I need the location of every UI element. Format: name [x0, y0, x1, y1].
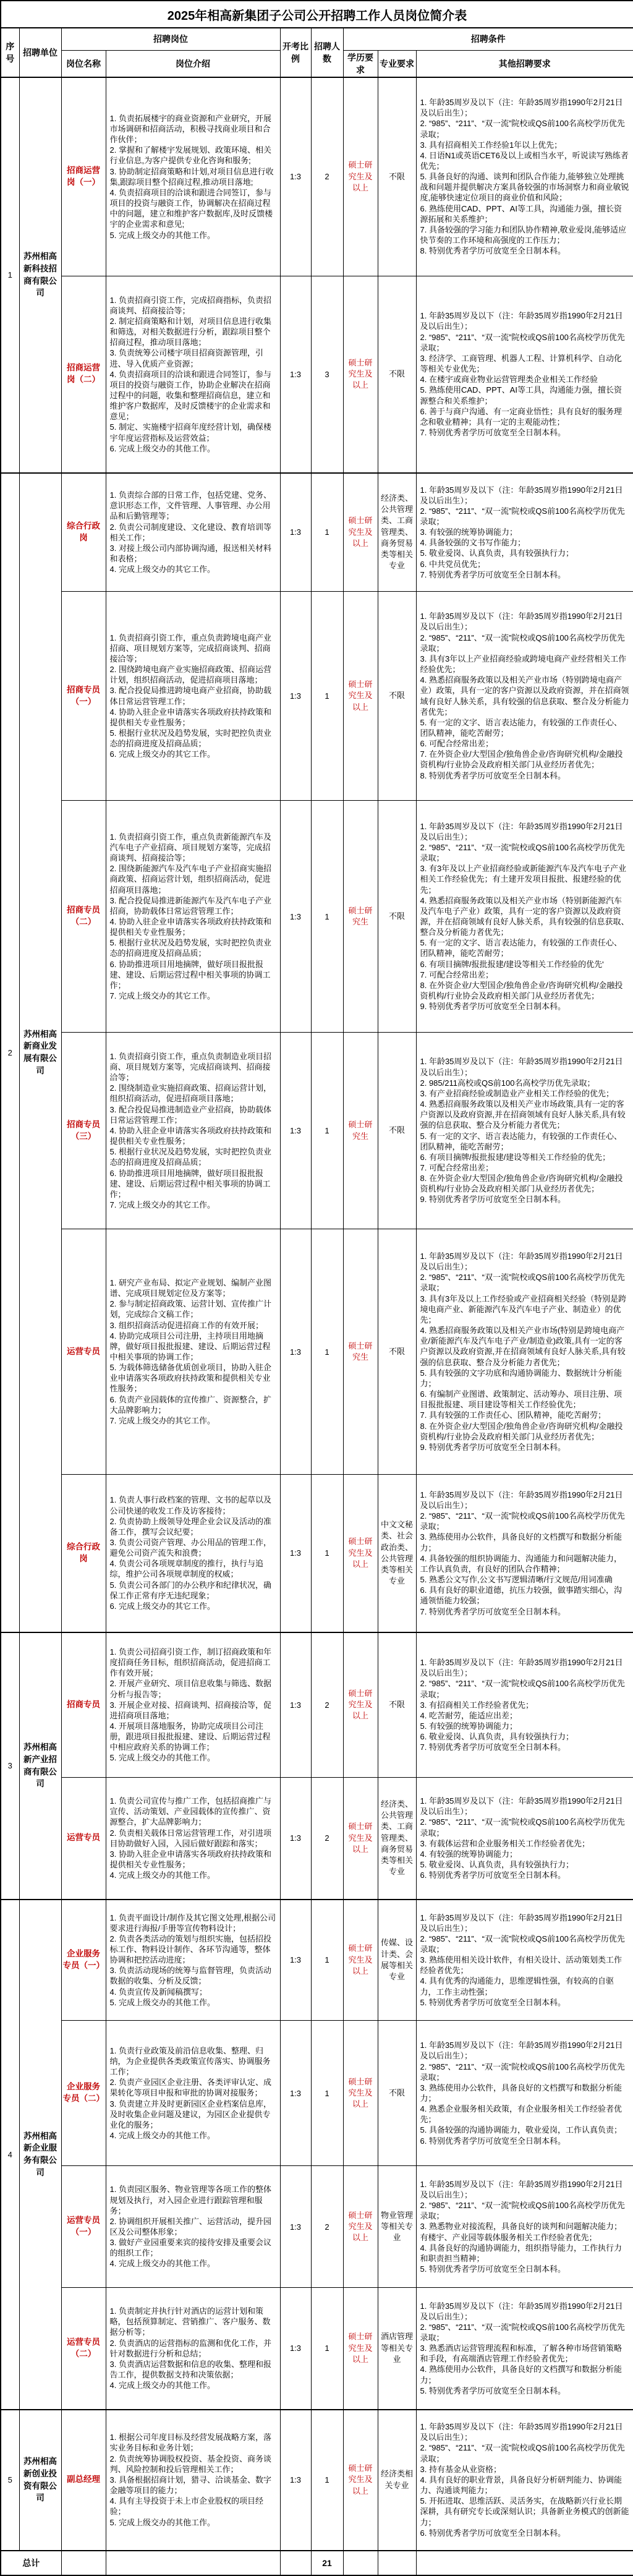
position-name: 运营专员 [61, 1778, 106, 1900]
other-requirements: 1. 年龄35周岁及以下（注：年龄35周岁指1990年2月21日及以后出生）； … [416, 1475, 633, 1632]
recruit-count: 1 [311, 1900, 343, 2021]
major-requirement: 不限 [378, 77, 416, 276]
other-requirements: 1. 年龄35周岁及以下（注：年龄35周岁指1990年2月21日及以后出生）； … [416, 2166, 633, 2288]
total-empty-name [61, 2551, 106, 2575]
position-name: 招商专员（二） [61, 801, 106, 1033]
major-requirement: 不限 [378, 1632, 416, 1778]
position-intro: 1. 负责平面设计/制作及其它图文处理,根据公司要求进行海报/手册等宣传物料设计… [106, 1900, 280, 2021]
position-intro: 1. 负责公司宣传与推广工作，包括招商推广与宣传、活动策划、产业园载体的宣传推广… [106, 1778, 280, 1900]
major-requirement: 不限 [378, 592, 416, 801]
total-count: 21 [311, 2551, 343, 2575]
exam-ratio: 1:3 [280, 77, 311, 276]
exam-ratio: 1:3 [280, 1632, 311, 1778]
table-row: 5苏州相高新创业投资有限公司副总经理 1. 根据公司年度目标及经营发展战略方案，… [1, 2410, 633, 2551]
serial-number: 5 [1, 2410, 19, 2551]
col-header-count: 招聘人数 [311, 28, 343, 77]
other-requirements: 1. 年龄35周岁及以下（注：年龄35周岁指1990年2月21日及以后出生）； … [416, 473, 633, 592]
major-requirement: 不限 [378, 2021, 416, 2166]
position-intro: 1. 负责制定并执行针对酒店的运营计划和策略，包括预算制定、营销推广、客户服务、… [106, 2288, 280, 2410]
table-row: 运营专员（一） 1. 负责园区服务、物业管理等各项工作的整体规划及执行，对入园企… [1, 2166, 633, 2288]
exam-ratio: 1:3 [280, 1229, 311, 1475]
table-row: 3苏州相高新产业招商有限公司招商专员 1. 负责公司招商引资工作，制订招商政策和… [1, 1632, 633, 1778]
table-row: 2苏州相高新商业发展有限公司综合行政岗 1. 负责综合部的日常工作，包括党建、党… [1, 473, 633, 592]
serial-number: 2 [1, 473, 19, 1632]
col-header-post-intro: 岗位介绍 [106, 50, 280, 77]
position-intro: 1. 负责招商引资工作，重点负责新能源汽车及汽车电子产业招商、项目规划方案等，完… [106, 801, 280, 1033]
major-requirement: 不限 [378, 801, 416, 1033]
total-empty-intro [106, 2551, 280, 2575]
recruit-count: 2 [311, 2166, 343, 2288]
position-name: 副总经理 [61, 2410, 106, 2551]
exam-ratio: 1:3 [280, 1778, 311, 1900]
other-requirements: 1. 年龄35周岁及以下（注：年龄35周岁指1990年2月21日及以后出生）； … [416, 801, 633, 1033]
table-row: 运营专员 1. 负责公司宣传与推广工作，包括招商推广与宣传、活动策划、产业园载体… [1, 1778, 633, 1900]
education-requirement: 硕士研究生及以上 [343, 1632, 378, 1778]
col-header-post-group: 招聘岗位 [61, 28, 280, 50]
exam-ratio: 1:3 [280, 1033, 311, 1229]
recruit-count: 1 [311, 592, 343, 801]
position-intro: 1. 负责行业政策及前沿信息收集、整理、归纳，为企业提供各类政策宣传落实、协调服… [106, 2021, 280, 2166]
education-requirement: 硕士研究生及以上 [343, 2021, 378, 2166]
major-requirement: 物业管理等相关专业 [378, 2166, 416, 2288]
other-requirements: 1. 年龄35周岁及以下（注：年龄35周岁指1990年2月21日及以后出生）； … [416, 276, 633, 473]
position-name: 招商运营岗（一） [61, 77, 106, 276]
education-requirement: 硕士研究生及以上 [343, 2288, 378, 2410]
position-name: 综合行政岗 [61, 1475, 106, 1632]
table-row: 4苏州相高新企业服务有限公司企业服务专员（一） 1. 负责平面设计/制作及其它图… [1, 1900, 633, 2021]
position-name: 综合行政岗 [61, 473, 106, 592]
major-requirement: 中文文秘类、社会政治类、公共管理类等相关专业 [378, 1475, 416, 1632]
major-requirement: 不限 [378, 1229, 416, 1475]
table-row: 企业服务专员（二） 1. 负责行业政策及前沿信息收集、整理、归纳，为企业提供各类… [1, 2021, 633, 2166]
other-requirements: 1. 年龄35周岁及以下（注：年龄35周岁指1990年2月21日及以后出生）； … [416, 2021, 633, 2166]
major-requirement: 经济类相关专业 [378, 2410, 416, 2551]
exam-ratio: 1:3 [280, 801, 311, 1033]
exam-ratio: 1:3 [280, 2410, 311, 2551]
other-requirements: 1. 年龄35周岁及以下（注：年龄35周岁指1990年2月21日及以后出生）； … [416, 2288, 633, 2410]
col-header-other: 其他招聘要求 [416, 50, 633, 77]
recruiting-unit: 苏州相高新科技招商有限公司 [19, 77, 61, 473]
recruit-count: 1 [311, 801, 343, 1033]
total-empty-ratio [280, 2551, 311, 2575]
education-requirement: 硕士研究生 [343, 1229, 378, 1475]
other-requirements: 1. 年龄35周岁及以下（注：年龄35周岁指1990年2月21日及以后出生）； … [416, 1900, 633, 2021]
recruit-count: 1 [311, 2288, 343, 2410]
recruit-count: 2 [311, 1632, 343, 1778]
other-requirements: 1. 年龄35周岁及以下（注：年龄35周岁指1990年2月21日及以后出生）； … [416, 1229, 633, 1475]
other-requirements: 1. 年龄35周岁及以下（注：年龄35周岁指1990年2月21日及以后出生）； … [416, 1632, 633, 1778]
education-requirement: 硕士研究生及以上 [343, 2166, 378, 2288]
table-row: 1苏州相高新科技招商有限公司招商运营岗（一） 1. 负责拓展楼宇的商业资源和产业… [1, 77, 633, 276]
position-intro: 1. 负责人事行政档案的管理、文书的起草以及公司快递的收发工作及访客接待； 2.… [106, 1475, 280, 1632]
recruiting-unit: 苏州相高新企业服务有限公司 [19, 1900, 61, 2410]
other-requirements: 1. 年龄35周岁及以下（注：年龄35周岁指1990年2月21日及以后出生）； … [416, 77, 633, 276]
recruitment-table: 2025年相高新集团子公司公开招聘工作人员岗位简介表 序号 招聘单位 招聘岗位 … [0, 0, 633, 2576]
position-name: 运营专员（一） [61, 2166, 106, 2288]
major-requirement: 经济类、公共管理类、工商管理类、商务贸易类等相关专业 [378, 473, 416, 592]
exam-ratio: 1:3 [280, 2288, 311, 2410]
major-requirement: 不限 [378, 276, 416, 473]
position-name: 企业服务专员（二） [61, 2021, 106, 2166]
education-requirement: 硕士研究生及以上 [343, 77, 378, 276]
table-row: 招商专员（一） 1. 负责招商引资工作，重点负责跨境电商产业招商、项目规划方案等… [1, 592, 633, 801]
position-name: 招商专员 [61, 1632, 106, 1778]
title-row: 2025年相高新集团子公司公开招聘工作人员岗位简介表 [1, 1, 633, 28]
exam-ratio: 1:3 [280, 276, 311, 473]
exam-ratio: 1:3 [280, 1475, 311, 1632]
position-intro: 1. 研究产业布局、拟定产业规划、编制产业图谱、完成项目规划定位及方案等； 2.… [106, 1229, 280, 1475]
position-intro: 1. 负责园区服务、物业管理等各项工作的整体规划及执行，对入园企业进行跟踪管理和… [106, 2166, 280, 2288]
col-header-edu: 学历要求 [343, 50, 378, 77]
position-intro: 1. 负责拓展楼宇的商业资源和产业研究，开展市场调研和招商活动，积极寻找商业项目… [106, 77, 280, 276]
recruit-count: 3 [311, 276, 343, 473]
recruiting-unit: 苏州相高新创业投资有限公司 [19, 2410, 61, 2551]
position-intro: 1. 负责综合部的日常工作，包括党建、党务、意识形态工作，文件管理、人事管理、办… [106, 473, 280, 592]
position-intro: 1. 负责招商引资工作，完成招商指标，负责招商谈判、招商接洽等； 2. 制定招商… [106, 276, 280, 473]
col-header-ratio: 开考比例 [280, 28, 311, 77]
recruit-count: 1 [311, 1475, 343, 1632]
education-requirement: 硕士研究生及以上 [343, 1475, 378, 1632]
table-body: 1苏州相高新科技招商有限公司招商运营岗（一） 1. 负责拓展楼宇的商业资源和产业… [1, 77, 633, 2551]
education-requirement: 硕士研究生 [343, 801, 378, 1033]
exam-ratio: 1:3 [280, 2166, 311, 2288]
position-name: 招商专员（三） [61, 1033, 106, 1229]
exam-ratio: 1:3 [280, 1900, 311, 2021]
total-row: 总计 21 [1, 2551, 633, 2575]
position-intro: 1. 负责公司招商引资工作，制订招商政策和年度招商任务目标，组织招商活动，促进招… [106, 1632, 280, 1778]
other-requirements: 1. 年龄35周岁及以下（注：年龄35周岁指1990年2月21日及以后出生）； … [416, 1778, 633, 1900]
table-row: 招商专员（二） 1. 负责招商引资工作，重点负责新能源汽车及汽车电子产业招商、项… [1, 801, 633, 1033]
col-header-condition-group: 招聘条件 [343, 28, 633, 50]
total-empty-edu [343, 2551, 378, 2575]
education-requirement: 硕士研究生及以上 [343, 473, 378, 592]
recruiting-unit: 苏州相高新产业招商有限公司 [19, 1632, 61, 1900]
serial-number: 3 [1, 1632, 19, 1900]
education-requirement: 硕士研究生 [343, 1033, 378, 1229]
education-requirement: 硕士研究生及以上 [343, 2410, 378, 2551]
education-requirement: 硕士研究生及以上 [343, 592, 378, 801]
header-row-1: 序号 招聘单位 招聘岗位 开考比例 招聘人数 招聘条件 [1, 28, 633, 50]
education-requirement: 硕士研究生及以上 [343, 1900, 378, 2021]
position-name: 运营专员（二） [61, 2288, 106, 2410]
recruiting-unit: 苏州相高新商业发展有限公司 [19, 473, 61, 1632]
col-header-post-name: 岗位名称 [61, 50, 106, 77]
major-requirement: 不限 [378, 1033, 416, 1229]
recruit-count: 2 [311, 1778, 343, 1900]
total-label: 总计 [1, 2551, 61, 2575]
education-requirement: 硕士研究生及以上 [343, 276, 378, 473]
total-empty-major [378, 2551, 416, 2575]
serial-number: 1 [1, 77, 19, 473]
table-row: 招商专员（三） 1. 负责招商引资工作，重点负责制造业项目招商、项目规划方案等，… [1, 1033, 633, 1229]
other-requirements: 1. 年龄35周岁及以下（注：年龄35周岁指1990年2月21日及以后出生）； … [416, 2410, 633, 2551]
col-header-unit: 招聘单位 [19, 28, 61, 77]
position-name: 企业服务专员（一） [61, 1900, 106, 2021]
major-requirement: 经济类、公共管理类、工商管理类、商务贸易类等相关专业 [378, 1778, 416, 1900]
position-intro: 1. 根据公司年度目标及经营发展战略方案，落实业务目标和业务计划； 2. 负责统… [106, 2410, 280, 2551]
education-requirement: 硕士研究生及以上 [343, 1778, 378, 1900]
recruit-count: 1 [311, 1033, 343, 1229]
recruit-count: 1 [311, 473, 343, 592]
recruit-count: 1 [311, 1229, 343, 1475]
other-requirements: 1. 年龄35周岁及以下（注：年龄35周岁指1990年2月21日及以后出生）； … [416, 1033, 633, 1229]
position-intro: 1. 负责招商引资工作，重点负责跨境电商产业招商、项目规划方案等，完成招商谈判、… [106, 592, 280, 801]
col-header-major: 专业要求 [378, 50, 416, 77]
position-name: 招商专员（一） [61, 592, 106, 801]
col-header-no: 序号 [1, 28, 19, 77]
serial-number: 4 [1, 1900, 19, 2410]
page-title: 2025年相高新集团子公司公开招聘工作人员岗位简介表 [1, 1, 633, 28]
exam-ratio: 1:3 [280, 2021, 311, 2166]
exam-ratio: 1:3 [280, 592, 311, 801]
exam-ratio: 1:3 [280, 473, 311, 592]
position-intro: 1. 负责招商引资工作，重点负责制造业项目招商、项目规划方案等，完成招商谈判、招… [106, 1033, 280, 1229]
table-row: 运营专员 1. 研究产业布局、拟定产业规划、编制产业图谱、完成项目规划定位及方案… [1, 1229, 633, 1475]
other-requirements: 1. 年龄35周岁及以下（注：年龄35周岁指1990年2月21日及以后出生）； … [416, 592, 633, 801]
major-requirement: 酒店管理等相关专业 [378, 2288, 416, 2410]
recruit-count: 1 [311, 2021, 343, 2166]
total-empty-other [416, 2551, 633, 2575]
position-name: 招商运营岗（二） [61, 276, 106, 473]
recruit-count: 1 [311, 2410, 343, 2551]
table-row: 综合行政岗 1. 负责人事行政档案的管理、文书的起草以及公司快递的收发工作及访客… [1, 1475, 633, 1632]
table-row: 招商运营岗（二） 1. 负责招商引资工作，完成招商指标，负责招商谈判、招商接洽等… [1, 276, 633, 473]
recruit-count: 2 [311, 77, 343, 276]
major-requirement: 传媒、设计类、会展等相关专业 [378, 1900, 416, 2021]
table-row: 运营专员（二） 1. 负责制定并执行针对酒店的运营计划和策略，包括预算制定、营销… [1, 2288, 633, 2410]
position-name: 运营专员 [61, 1229, 106, 1475]
